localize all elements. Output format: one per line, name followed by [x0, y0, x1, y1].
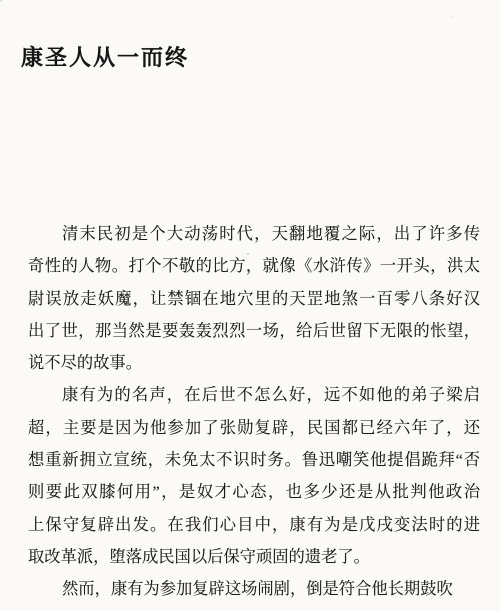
scan-noise — [0, 0, 2, 2]
text-line: 超，主要是因为他参加了张勋复辟，民国都已经六年了，还 — [28, 412, 480, 444]
text-line: 然而，康有为参加复辟这场闹剧，倒是符合他长期鼓吹 — [28, 573, 480, 605]
text-line: 奇性的人物。打个不敬的比方，就像《水浒传》一开头，洪太 — [28, 250, 480, 282]
text-line: 则要此双膝何用”，是奴才心态，也多少还是从批判他政治 — [28, 476, 480, 508]
text-line: 想重新拥立宣统，未免太不识时务。鲁迅嘲笑他提倡跪拜“否 — [28, 444, 480, 476]
text-line: 尉误放走妖魔，让禁锢在地穴里的天罡地煞一百零八条好汉 — [28, 283, 480, 315]
text-line: 上保守复辟出发。在我们心目中，康有为是戊戌变法时的进 — [28, 509, 480, 541]
chapter-title: 康圣人从一而终 — [21, 41, 189, 72]
text-line: 说不尽的故事。 — [28, 347, 480, 379]
text-line: 清末民初是个大动荡时代，天翻地覆之际，出了许多传 — [28, 218, 480, 250]
text-line: 出了世，那当然是要轰轰烈烈一场，给后世留下无限的怅望， — [28, 315, 480, 347]
text-line: 康有为的名声，在后世不怎么好，远不如他的弟子梁启 — [28, 379, 480, 411]
body-text: 清末民初是个大动荡时代，天翻地覆之际，出了许多传 奇性的人物。打个不敬的比方，就… — [28, 218, 480, 606]
text-line: 取改革派，堕落成民国以后保守顽固的遗老了。 — [28, 541, 480, 573]
scanned-book-page: 康圣人从一而终 清末民初是个大动荡时代，天翻地覆之际，出了许多传 奇性的人物。打… — [0, 0, 500, 611]
